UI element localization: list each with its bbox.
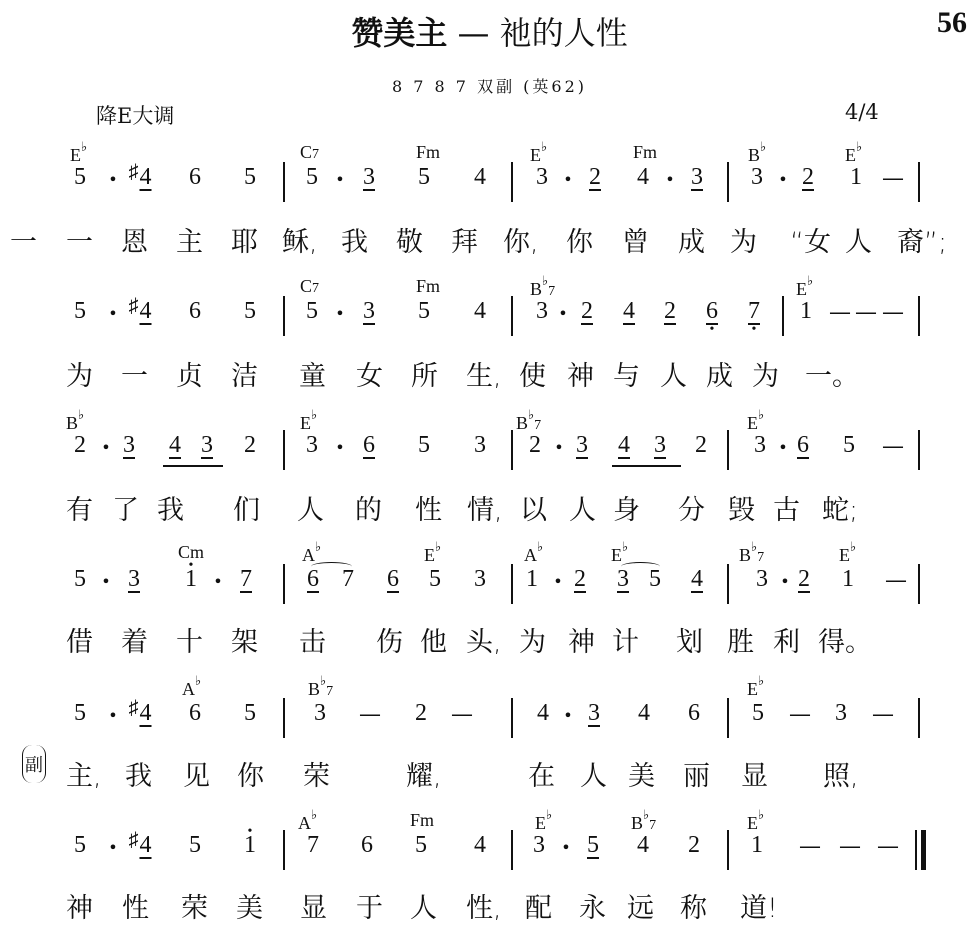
note: ♯4 (129, 832, 152, 859)
note: 2 (581, 298, 593, 325)
lyric-syllable: 为 (519, 620, 546, 659)
note-number: 4 (140, 832, 152, 858)
note: 3 (474, 432, 486, 459)
note: 6 (189, 700, 201, 727)
octave-up-dot: • (189, 558, 194, 574)
meter-info: 8 7 8 7 双副 (英62) (0, 74, 979, 97)
note: 7 (307, 832, 319, 859)
note: 5 (74, 832, 86, 859)
lyric-syllable: 我 (125, 754, 152, 793)
note-number: 3 (533, 832, 545, 858)
bar-line (283, 296, 285, 336)
sustain-dash: — (829, 300, 851, 325)
note-number: 4 (637, 832, 649, 858)
augmentation-dot: • (553, 572, 562, 591)
lyric-syllable: 生, (466, 354, 502, 393)
lyric-syllable: 人 (580, 754, 607, 793)
lyric-syllable: 毁 (728, 488, 755, 527)
note-number: 3 (754, 432, 766, 458)
lyric-syllable: 你, (503, 220, 539, 259)
chord-symbol: B♭7 (631, 810, 656, 834)
lyric-syllable: 的 (355, 488, 382, 527)
bar-line (511, 564, 513, 604)
augmentation-dot: • (101, 572, 110, 591)
lyric-syllable: 身 (613, 488, 640, 527)
note: 5 (74, 298, 86, 325)
lyric-syllable: 性 (122, 886, 149, 925)
note: 3 (363, 164, 375, 191)
augmentation-dot: • (108, 304, 117, 323)
lyric-syllable: 曾 (622, 220, 649, 259)
note-number: 1• (185, 566, 197, 592)
bar-line (918, 430, 920, 470)
augmentation-dot: • (101, 438, 110, 457)
augmentation-dot: • (108, 170, 117, 189)
note-number: 4 (691, 566, 703, 592)
sustain-dash: — (799, 834, 821, 859)
note-number: 6 (363, 432, 375, 458)
note-number: 4 (623, 298, 635, 324)
lyric-syllable: 分 (678, 488, 705, 527)
note-number: 3 (756, 566, 768, 592)
note: 3 (123, 432, 135, 459)
chord-symbol: E♭ (747, 676, 764, 700)
note: 6• (706, 298, 718, 325)
chord-symbol: E♭ (839, 542, 856, 566)
lyric-syllable: 拜 (451, 220, 478, 259)
note-number: 6• (706, 298, 718, 324)
sustain-dash: — (839, 834, 861, 859)
lyric-syllable: 你 (237, 754, 264, 793)
note: 4 (474, 832, 486, 859)
sharp-icon: ♯ (129, 697, 139, 719)
chord-symbol: E♭ (300, 410, 317, 434)
note: 4 (637, 164, 649, 191)
lyric-syllable: 所 (411, 354, 438, 393)
note: 5 (752, 700, 764, 727)
lyric-syllable: 成 (678, 220, 705, 259)
lyric-syllable: 敬 (396, 220, 423, 259)
lyric-syllable: 与 (613, 354, 640, 393)
note: 5 (306, 164, 318, 191)
sustain-dash: — (882, 300, 904, 325)
note: 4 (638, 700, 650, 727)
sustain-dash: — (882, 166, 904, 191)
lyric-syllable: 显 (300, 886, 327, 925)
note: 5 (74, 164, 86, 191)
note: 4 (623, 298, 635, 325)
note: 4 (474, 164, 486, 191)
note: 2 (798, 566, 810, 593)
lyric-syllable: 你 (566, 220, 593, 259)
note-number: 5 (244, 700, 256, 726)
bar-line (511, 162, 513, 202)
note-number: 5 (74, 164, 86, 190)
lyric-syllable: 美 (236, 886, 263, 925)
note: 3 (201, 432, 213, 459)
lyric-syllable: 人 (845, 220, 872, 259)
note: 4 (691, 566, 703, 593)
bar-line (727, 162, 729, 202)
lyric-syllable: 美 (628, 754, 655, 793)
note: 4 (169, 432, 181, 459)
bar-line (511, 830, 513, 870)
chord-symbol: B♭7 (308, 676, 333, 700)
lyric-syllable: 在 (528, 754, 555, 793)
note: 3 (754, 432, 766, 459)
note: 3 (576, 432, 588, 459)
note: 2 (589, 164, 601, 191)
note-number: 5 (74, 298, 86, 324)
lyric-syllable: 击 (299, 620, 326, 659)
note-number: 3 (835, 700, 847, 726)
chord-symbol: E♭ (747, 410, 764, 434)
note-number: 2 (244, 432, 256, 458)
note-number: 1 (751, 832, 763, 858)
note-number: 5 (189, 832, 201, 858)
chord-symbol: E♭ (530, 142, 547, 166)
augmentation-dot: • (335, 304, 344, 323)
chord-symbol: E♭ (70, 142, 87, 166)
lyric-syllable: 人 (660, 354, 687, 393)
note: 3 (751, 164, 763, 191)
note-number: 3 (474, 566, 486, 592)
note-number: 3 (201, 432, 213, 458)
note-number: 3 (314, 700, 326, 726)
augmentation-dot: • (335, 170, 344, 189)
note-number: 4 (474, 164, 486, 190)
note-number: 5 (415, 832, 427, 858)
note-number: 5 (843, 432, 855, 458)
note: 4 (537, 700, 549, 727)
lyric-syllable: 神 (66, 886, 93, 925)
lyric-syllable: 胜 (727, 620, 754, 659)
note: 7• (748, 298, 760, 325)
augmentation-dot: • (778, 170, 787, 189)
note-number: 2 (664, 298, 676, 324)
lyric-syllable: 为 (730, 220, 757, 259)
augmentation-dot: • (108, 838, 117, 857)
bar-line (918, 296, 920, 336)
bar-line (918, 564, 920, 604)
lyric-syllable: 架 (231, 620, 258, 659)
lyric-syllable: 永 (579, 886, 606, 925)
chord-symbol: Fm (416, 142, 440, 163)
lyric-syllable: 他 (420, 620, 447, 659)
note-number: 1 (526, 566, 538, 592)
lyric-syllable: 利 (773, 620, 800, 659)
note-number: 4 (637, 164, 649, 190)
verse-number: 一 (10, 220, 37, 259)
chord-symbol: E♭ (845, 142, 862, 166)
chord-symbol: E♭ (424, 542, 441, 566)
note: ♯4 (129, 164, 152, 191)
octave-down-dot: • (710, 322, 715, 338)
note-number: 5 (418, 432, 430, 458)
note-number: 5 (74, 832, 86, 858)
note: 5 (429, 566, 441, 593)
bar-line (283, 430, 285, 470)
lyric-syllable: 洁 (231, 354, 258, 393)
note-number: 2 (415, 700, 427, 726)
lyric-syllable: 人 (297, 488, 324, 527)
octave-down-dot: • (752, 322, 757, 338)
note: 3 (128, 566, 140, 593)
final-bar-line-thick (921, 830, 926, 870)
lyric-syllable: 们 (233, 488, 260, 527)
note-number: 3 (588, 700, 600, 726)
note: 5 (189, 832, 201, 859)
note-number: 3 (474, 432, 486, 458)
sustain-dash: — (855, 300, 877, 325)
note-number: 3 (751, 164, 763, 190)
slur-tie (621, 562, 660, 571)
lyric-syllable: 主 (176, 220, 203, 259)
hymn-title: 赞美主 — 祂的人性 (0, 8, 979, 54)
lyric-syllable: 见 (183, 754, 210, 793)
refrain-marker: 副 (22, 745, 46, 783)
note: 3 (536, 298, 548, 325)
note-number: 6 (361, 832, 373, 858)
lyric-syllable: 称 (680, 886, 707, 925)
note: 4 (618, 432, 630, 459)
note: 5 (74, 566, 86, 593)
note-number: 4 (169, 432, 181, 458)
bar-line (782, 296, 784, 336)
lyric-syllable: 耶 (231, 220, 258, 259)
chord-symbol: Fm (633, 142, 657, 163)
lyric-syllable: 划 (676, 620, 703, 659)
bar-line (727, 430, 729, 470)
lyric-syllable: 神 (568, 620, 595, 659)
lyric-syllable: 配 (525, 886, 552, 925)
note-number: 4 (140, 164, 152, 190)
lyric-syllable: 古 (773, 488, 800, 527)
note: 1 (526, 566, 538, 593)
note: 2 (529, 432, 541, 459)
note-number: 4 (140, 700, 152, 726)
bar-line (511, 698, 513, 738)
note-number: 5 (244, 298, 256, 324)
augmentation-dot: • (554, 438, 563, 457)
note-number: 3 (363, 164, 375, 190)
lyric-syllable: 显 (741, 754, 768, 793)
chord-symbol: A♭ (298, 810, 317, 834)
bar-line (727, 830, 729, 870)
note: 6 (189, 298, 201, 325)
sharp-icon: ♯ (129, 829, 139, 851)
note: ♯4 (129, 700, 152, 727)
note-number: 5 (306, 164, 318, 190)
note: 5 (74, 700, 86, 727)
lyric-syllable: 耀, (406, 754, 442, 793)
lyric-syllable: 一 (121, 354, 148, 393)
lyric-syllable: “女 (790, 220, 831, 259)
lyric-syllable: 照, (823, 754, 859, 793)
chord-symbol: E♭ (747, 810, 764, 834)
augmentation-dot: • (561, 838, 570, 857)
note: 1• (244, 832, 256, 859)
note: 3 (588, 700, 600, 727)
note: 7 (240, 566, 252, 593)
bar-line (283, 564, 285, 604)
final-bar-line-thin (915, 830, 917, 870)
augmentation-dot: • (558, 304, 567, 323)
beam-underline (612, 465, 681, 467)
augmentation-dot: • (780, 572, 789, 591)
note: 3 (691, 164, 703, 191)
lyric-syllable: 着 (121, 620, 148, 659)
bar-line (727, 564, 729, 604)
chord-symbol: A♭ (524, 542, 543, 566)
lyric-syllable: 伤 (376, 620, 403, 659)
lyric-syllable: 情, (467, 488, 503, 527)
note: 1• (185, 566, 197, 593)
note-number: 6 (688, 700, 700, 726)
lyric-syllable: 蛇; (822, 488, 858, 527)
note: 1 (800, 298, 812, 325)
lyric-syllable: 有 (66, 488, 93, 527)
note-number: 6 (387, 566, 399, 592)
chord-symbol: C7 (300, 276, 319, 297)
note: 6 (361, 832, 373, 859)
note-number: 2 (802, 164, 814, 190)
lyric-syllable: 为 (66, 354, 93, 393)
lyric-syllable: 道! (740, 886, 778, 925)
beam-underline (163, 465, 223, 467)
slur-tie (311, 562, 352, 571)
bar-line (511, 296, 513, 336)
note-number: 6 (797, 432, 809, 458)
note: 1 (842, 566, 854, 593)
augmentation-dot: • (563, 706, 572, 725)
chord-symbol: B♭ (66, 410, 84, 434)
lyric-syllable: 头, (466, 620, 502, 659)
note: 5 (244, 164, 256, 191)
lyric-syllable: 丽 (683, 754, 710, 793)
note-number: 2 (688, 832, 700, 858)
bar-line (918, 698, 920, 738)
note-number: 4 (140, 298, 152, 324)
bar-line (283, 162, 285, 202)
lyric-syllable: 于 (356, 886, 383, 925)
chord-symbol: E♭ (535, 810, 552, 834)
chord-symbol: A♭ (182, 676, 201, 700)
sustain-dash: — (451, 702, 473, 727)
note-number: 4 (618, 432, 630, 458)
chord-symbol: Fm (416, 276, 440, 297)
note: 2 (802, 164, 814, 191)
note: 5 (415, 832, 427, 859)
note-number: 5 (429, 566, 441, 592)
note-number: 3 (123, 432, 135, 458)
note: 6 (189, 164, 201, 191)
note: 3 (363, 298, 375, 325)
chord-symbol: C7 (300, 142, 319, 163)
note-number: 3 (536, 298, 548, 324)
note: 5 (418, 298, 430, 325)
note-number: 3 (128, 566, 140, 592)
note: 4 (474, 298, 486, 325)
note-number: 2 (581, 298, 593, 324)
note: 3 (533, 832, 545, 859)
sustain-dash: — (872, 702, 894, 727)
lyric-syllable: 神 (567, 354, 594, 393)
note: 6 (363, 432, 375, 459)
lyric-syllable: 贞 (176, 354, 203, 393)
augmentation-dot: • (108, 706, 117, 725)
lyric-syllable: 恩 (121, 220, 148, 259)
lyric-syllable: 性, (466, 886, 502, 925)
note-number: 2 (695, 432, 707, 458)
hymn-number: 56 (937, 6, 967, 40)
title-separator: — (447, 14, 499, 52)
note-number: 7• (748, 298, 760, 324)
sustain-dash: — (882, 434, 904, 459)
note-number: 5 (74, 566, 86, 592)
lyric-syllable: 计 (612, 620, 639, 659)
note-number: 7 (240, 566, 252, 592)
lyric-syllable: 荣 (181, 886, 208, 925)
note-number: 2 (798, 566, 810, 592)
note: 3 (314, 700, 326, 727)
lyric-syllable: 以 (520, 488, 547, 527)
bar-line (283, 698, 285, 738)
note-number: 3 (691, 164, 703, 190)
note: 1 (751, 832, 763, 859)
note: 3 (654, 432, 666, 459)
sharp-icon: ♯ (129, 161, 139, 183)
note-number: 3 (306, 432, 318, 458)
bar-line (727, 698, 729, 738)
lyric-syllable: 人 (569, 488, 596, 527)
lyric-syllable: 性 (415, 488, 442, 527)
lyric-syllable: 荣 (303, 754, 330, 793)
note-number: 6 (189, 298, 201, 324)
note-number: 5 (74, 700, 86, 726)
note-number: 3 (576, 432, 588, 458)
sustain-dash: — (359, 702, 381, 727)
note: 5 (244, 298, 256, 325)
lyric-syllable: 一。 (805, 354, 859, 393)
note: 5 (843, 432, 855, 459)
note: 2 (695, 432, 707, 459)
chord-symbol: E♭ (796, 276, 813, 300)
octave-up-dot: • (248, 824, 253, 840)
note-number: 5 (244, 164, 256, 190)
note-number: 5 (587, 832, 599, 858)
lyric-syllable: 使 (519, 354, 546, 393)
note: 2 (664, 298, 676, 325)
lyric-syllable: 裔”; (897, 220, 947, 259)
note-number: 2 (74, 432, 86, 458)
note-number: 1• (244, 832, 256, 858)
sharp-icon: ♯ (129, 295, 139, 317)
note: 2 (574, 566, 586, 593)
note-number: 4 (537, 700, 549, 726)
bar-line (918, 162, 920, 202)
note: 1 (850, 164, 862, 191)
note: 6 (797, 432, 809, 459)
note: 4 (637, 832, 649, 859)
sustain-dash: — (885, 568, 907, 593)
note-number: 5 (418, 164, 430, 190)
time-signature: 4/4 (845, 100, 879, 124)
note-number: 1 (842, 566, 854, 592)
note-number: 7 (307, 832, 319, 858)
note-number: 1 (800, 298, 812, 324)
note-number: 3 (654, 432, 666, 458)
